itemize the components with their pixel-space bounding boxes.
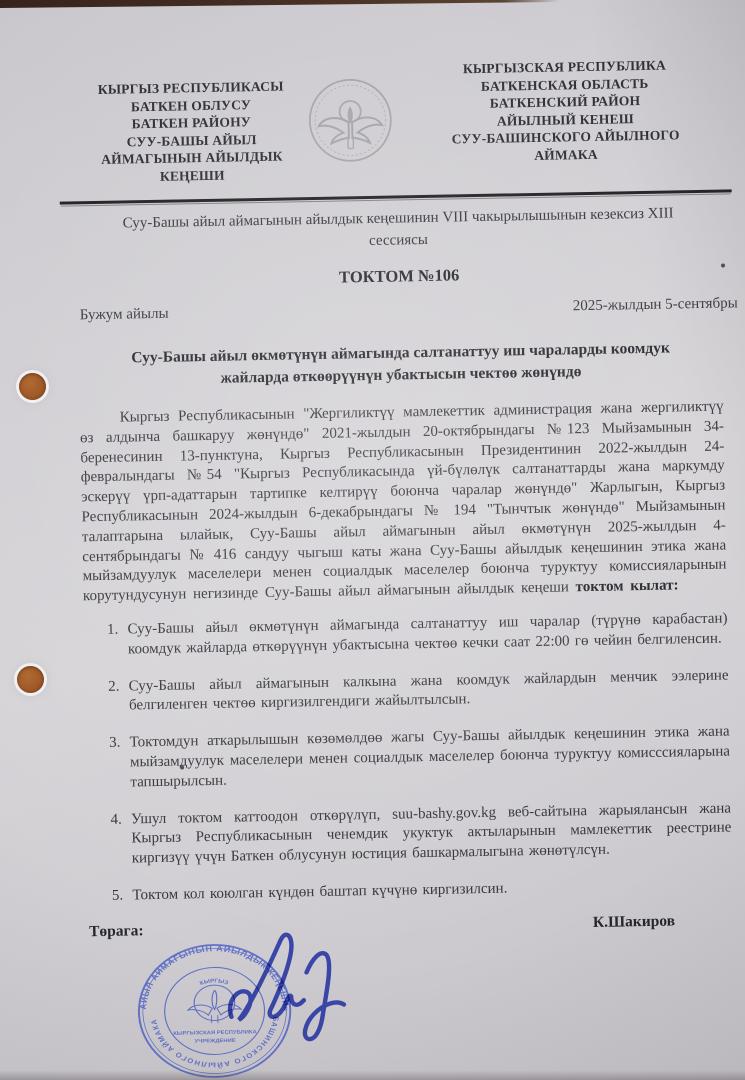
- document-body: Суу-Башы айыл аймагынын айылдык кеңешини…: [76, 202, 733, 941]
- session-title: Суу-Башы айыл аймагынын айылдык кеңешини…: [76, 202, 721, 258]
- preamble-paragraph: Кыргыз Республикасынын "Жергиликтүү мамл…: [80, 398, 728, 608]
- signature-row: Төрага: К.Шакиров: [89, 911, 733, 941]
- scan-artifact-dot: [721, 263, 725, 267]
- state-emblem-icon: [305, 72, 395, 170]
- decree-item: Суу-Башы айыл өкмөтүнүн аймагында салтан…: [123, 609, 728, 660]
- scanned-document-photo: КЫРГЫЗ РЕСПУБЛИКАСЫ БАТКЕН ОБЛУСУ БАТКЕН…: [0, 0, 745, 1080]
- preamble-text: Кыргыз Республикасынын "Жергиликтүү мамл…: [80, 399, 727, 605]
- handwritten-signature: [215, 926, 375, 1047]
- decree-item: Токтомдун аткарылышын көзөмөлдөө жагы Су…: [126, 723, 731, 793]
- letterhead-kyrgyz: КЫРГЫЗ РЕСПУБЛИКАСЫ БАТКЕН ОБЛУСУ БАТКЕН…: [78, 77, 306, 186]
- chairman-label: Төрага:: [89, 922, 144, 941]
- document-content: КЫРГЫЗ РЕСПУБЛИКАСЫ БАТКЕН ОБЛУСУ БАТКЕН…: [0, 0, 745, 1080]
- decree-item: Ушул токтом каттоодон откөрүлүп, suu-bas…: [127, 799, 732, 869]
- letterhead-russian: КЫРГЫЗСКАЯ РЕСПУБЛИКА БАТКЕНСКАЯ ОБЛАСТЬ…: [411, 56, 719, 167]
- decree-item: Токтом кол коюлган күндөн баштап күчүнө …: [128, 875, 732, 906]
- decree-items-list: Суу-Башы айыл өкмөтүнүн аймагында салтан…: [83, 609, 732, 907]
- letterhead: КЫРГЫЗ РЕСПУБЛИКАСЫ БАТКЕН ОБЛУСУ БАТКЕН…: [0, 51, 736, 65]
- photo-bottom-shadow: [0, 1070, 745, 1080]
- place-date-row: Бужум айылы 2025-жылдын 5-сентябры: [78, 296, 722, 325]
- document-page: КЫРГЫЗ РЕСПУБЛИКАСЫ БАТКЕН ОБЛУСУ БАТКЕН…: [0, 0, 745, 1080]
- decree-date: 2025-жылдын 5-сентябры: [573, 295, 738, 315]
- hole-punch-top: [19, 373, 46, 400]
- decree-number-title: ТОКТОМ №106: [77, 261, 721, 293]
- hole-punch-bottom: [17, 666, 44, 693]
- decree-item: Суу-Башы айыл аймагынын калкына жана коо…: [124, 666, 729, 717]
- scan-artifact-dot: [180, 765, 184, 769]
- resolve-phrase: токтом кылат:: [575, 578, 678, 596]
- place-name: Бужум айылы: [80, 306, 169, 325]
- chairman-name: К.Шакиров: [593, 912, 675, 932]
- subject-heading: Суу-Башы айыл өкмөтүнүн аймагында салтан…: [78, 337, 723, 392]
